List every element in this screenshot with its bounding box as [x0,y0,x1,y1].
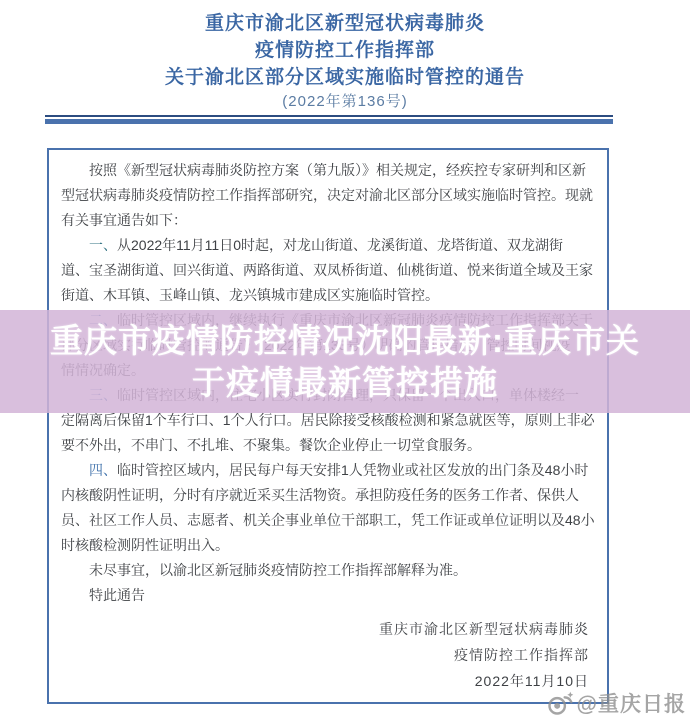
signature-block: 重庆市渝北区新型冠状病毒肺炎疫情防控工作指挥部2022年11月10日 [61,616,595,694]
doc-text-line: 员、社区工作人员、志愿者、机关企事业单位干部职工，凭工作证或单位证明以及48小 [61,508,595,533]
doc-text-line: 型冠状病毒肺炎疫情防控工作指挥部研究，决定对渝北区部分区域实施临时管控。现就 [61,183,595,208]
doc-text-line: 一、从2022年11月11日0时起，对龙山街道、龙溪街道、龙塔街道、双龙湖街 [61,233,595,258]
notice-page: 重庆市渝北区新型冠状病毒肺炎 疫情防控工作指挥部 关于渝北区部分区域实施临时管控… [0,0,690,720]
header-divider-thin [45,115,613,117]
doc-text-line: 特此通告 [61,583,595,608]
header-doc-number: (2022年第136号) [0,91,690,113]
doc-text-line: 要不外出，不串门、不扎堆、不聚集。餐饮企业停止一切堂食服务。 [61,433,595,458]
header-divider-thick [45,119,613,124]
headline-overlay-band: 重庆市疫情防控情况沈阳最新:重庆市关 于疫情最新管控措施 [0,310,690,413]
doc-text-line: 按照《新型冠状病毒肺炎防控方案（第九版）》相关规定，经疾控专家研判和区新 [61,158,595,183]
notice-body-box: 按照《新型冠状病毒肺炎防控方案（第九版）》相关规定，经疾控专家研判和区新型冠状病… [47,148,609,704]
header-line-3: 关于渝北区部分区域实施临时管控的通告 [0,64,690,91]
watermark: @重庆日报 [545,688,686,718]
list-marker: 一、 [89,237,117,253]
signature-line: 重庆市渝北区新型冠状病毒肺炎 [61,616,589,642]
overlay-headline-line-1: 重庆市疫情防控情况沈阳最新:重庆市关 [50,320,640,362]
doc-text-line: 时核酸检测阴性证明出入。 [61,533,595,558]
doc-text-line: 有关事宜通告如下： [61,208,595,233]
doc-text-line: 未尽事宜，以渝北区新冠肺炎疫情防控工作指挥部解释为准。 [61,558,595,583]
doc-text-line: 内核酸阴性证明，分时有序就近采买生活物资。承担防疫任务的医务工作者、保供人 [61,483,595,508]
notice-header: 重庆市渝北区新型冠状病毒肺炎 疫情防控工作指挥部 关于渝北区部分区域实施临时管控… [0,10,690,113]
list-marker: 四、 [89,462,117,478]
doc-text-line: 街道、木耳镇、玉峰山镇、龙兴镇城市建成区实施临时管控。 [61,283,595,308]
signature-line: 疫情防控工作指挥部 [61,642,589,668]
header-line-2: 疫情防控工作指挥部 [0,37,690,64]
watermark-handle: @重庆日报 [577,688,686,718]
header-line-1: 重庆市渝北区新型冠状病毒肺炎 [0,10,690,37]
signature-date: 2022年11月10日 [61,668,589,694]
doc-text-line: 四、临时管控区域内，居民每户每天安排1人凭物业或社区发放的出门条及48小时 [61,458,595,483]
overlay-headline-line-2: 于疫情最新管控措施 [192,362,498,404]
doc-text-line: 道、宝圣湖街道、回兴街道、两路街道、双凤桥街道、仙桃街道、悦来街道全域及王家 [61,258,595,283]
weibo-icon [545,688,575,718]
